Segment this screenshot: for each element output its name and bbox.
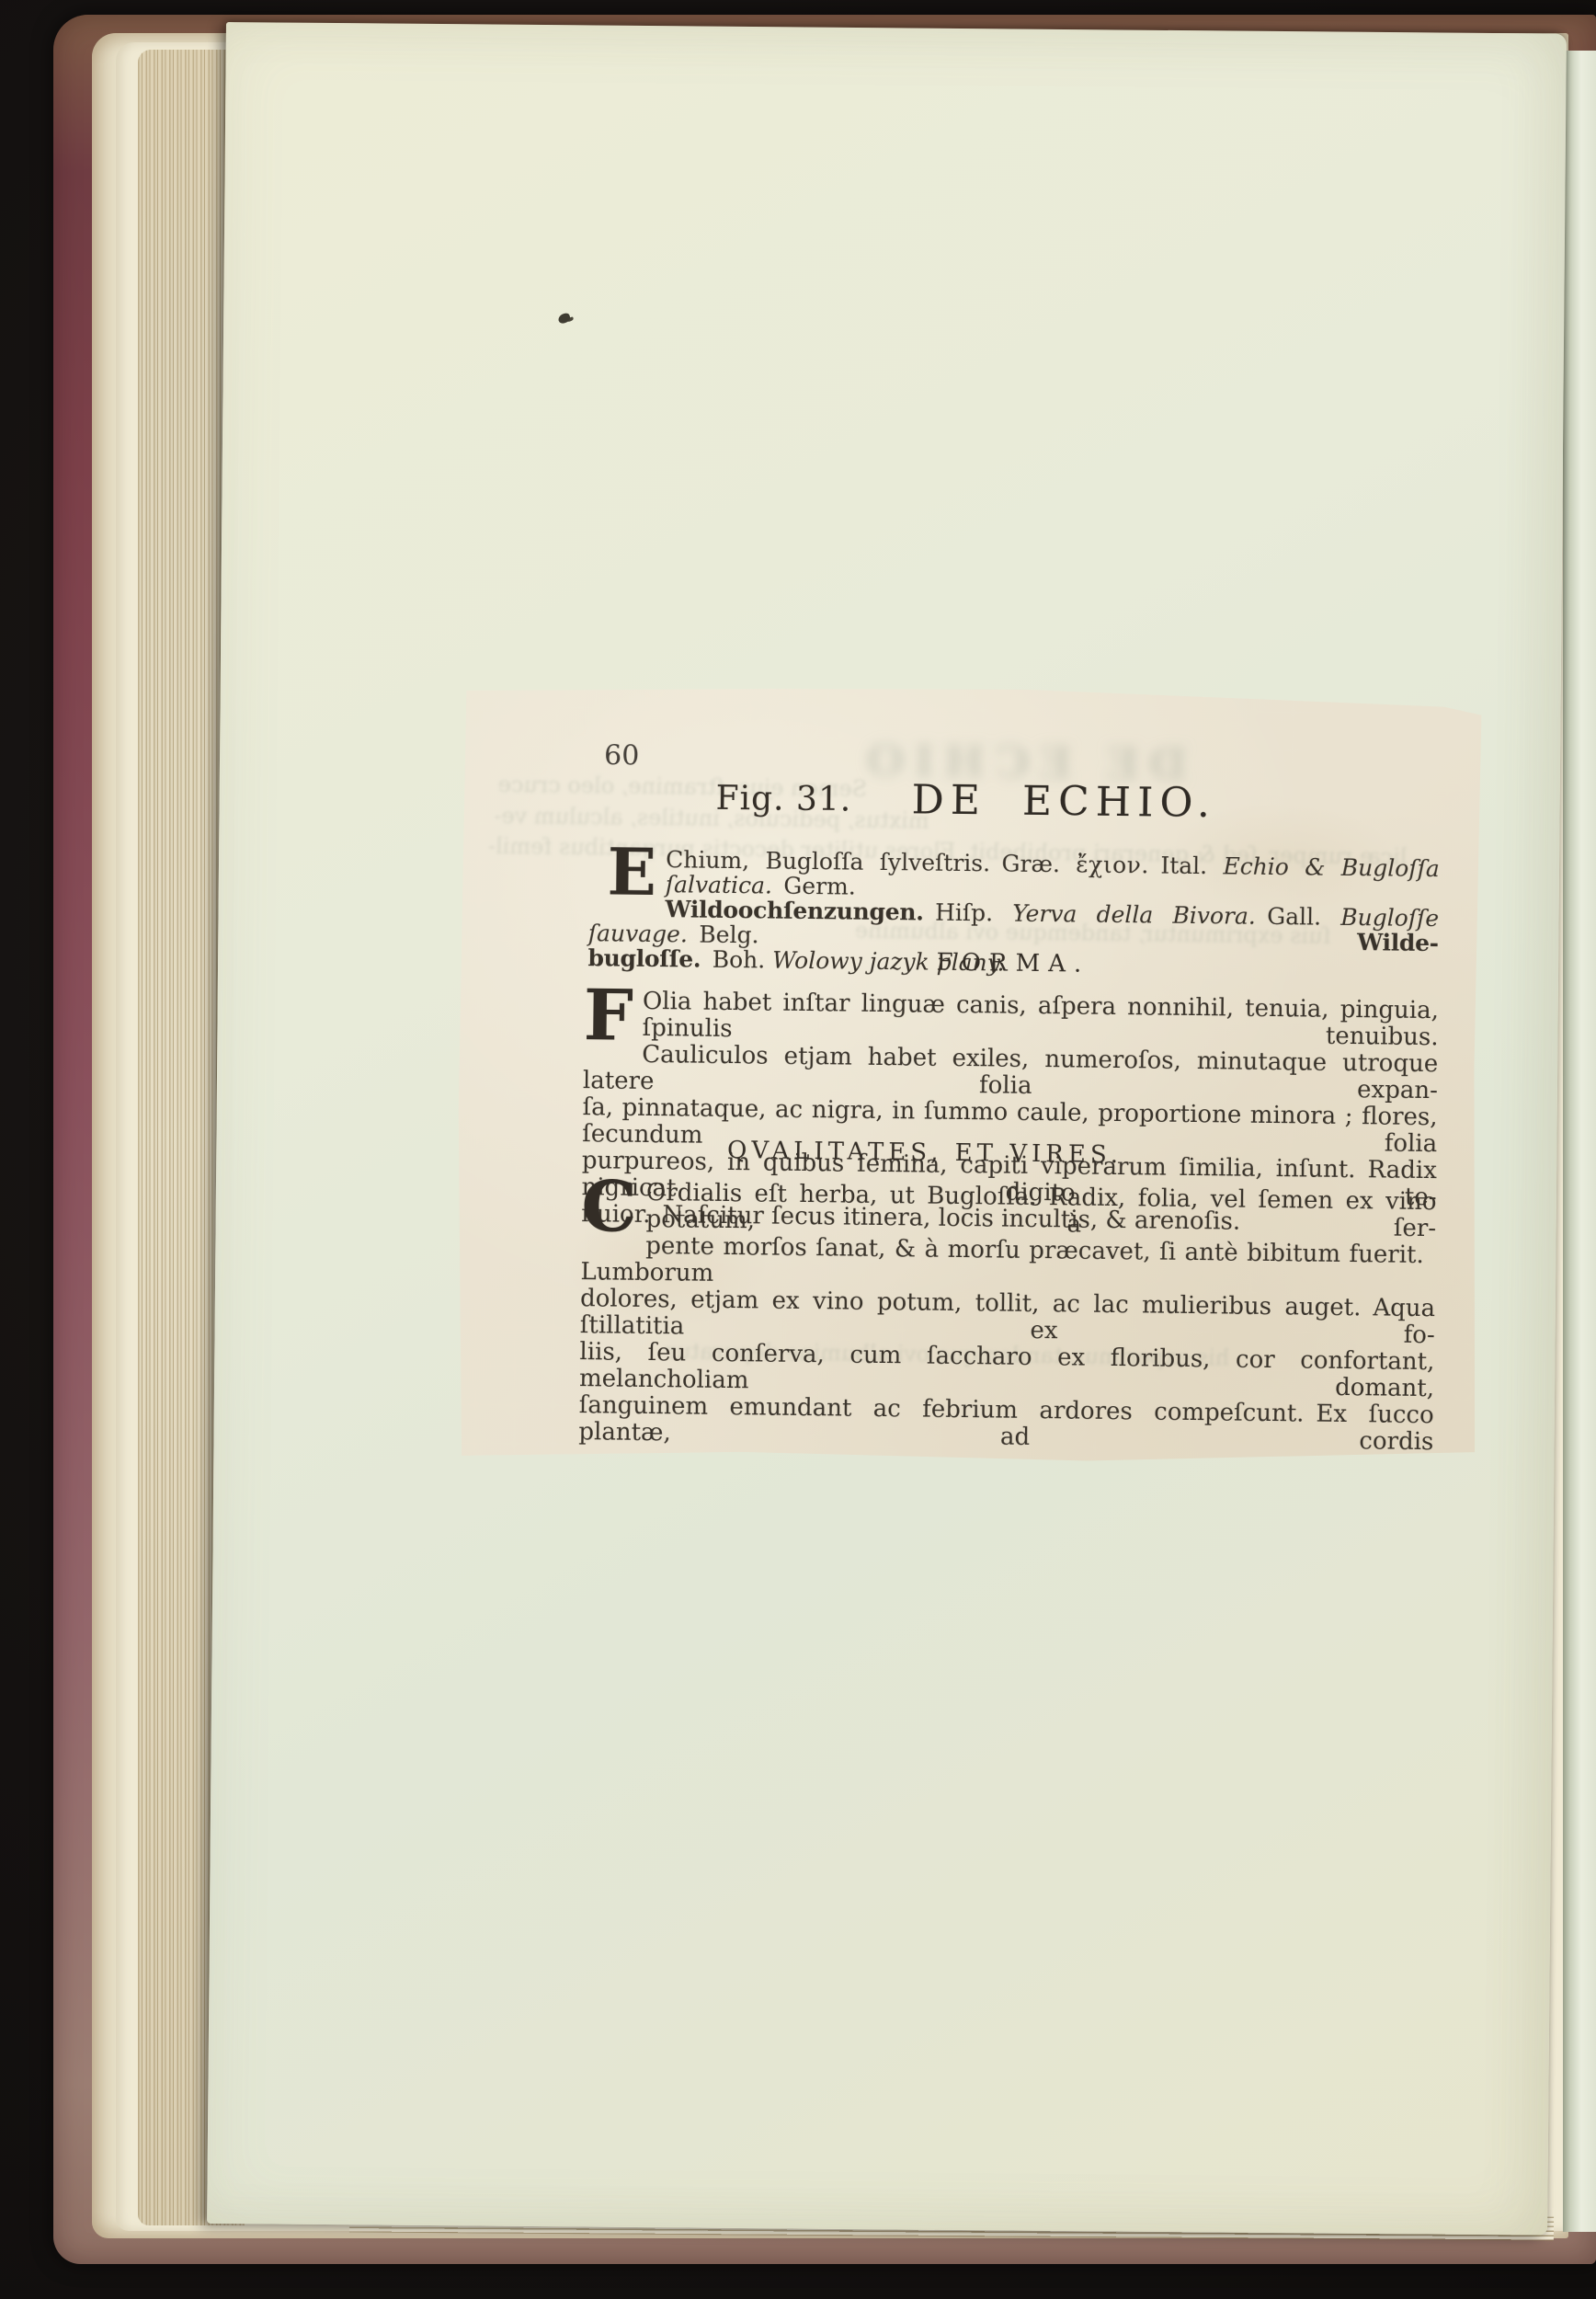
pasted-slip: DE ECHIO Semen ejus, ſtramine, oleo cruc…	[453, 683, 1485, 1470]
folio-number: 60	[604, 739, 640, 772]
ink-blot	[557, 312, 571, 324]
adjacent-page-edge	[1563, 51, 1596, 2232]
paragraph-line: ſanguinem emundant ac febrium ardores co…	[578, 1392, 1434, 1456]
photograph-background: { "colors": { "background": "#141110", "…	[0, 0, 1596, 2299]
drop-cap: C	[581, 1180, 637, 1234]
article-title: DE ECHIO.	[911, 776, 1216, 827]
figure-label: Fig. 31.	[715, 780, 851, 819]
book-page: DE ECHIO Semen ejus, ſtramine, oleo cruc…	[207, 22, 1567, 2236]
qualitates-paragraph: C Ordialis eſt herba, ut Bugloſſa. Radix…	[578, 1179, 1437, 1485]
ghost-showthrough-line: mixtus, pediculos, inutiles, alculum ve-	[494, 803, 929, 834]
drop-cap: E	[607, 847, 656, 898]
qualitates-heading: QVALITATES, ET VIRES.	[727, 1137, 1123, 1169]
drop-cap: F	[583, 989, 633, 1043]
